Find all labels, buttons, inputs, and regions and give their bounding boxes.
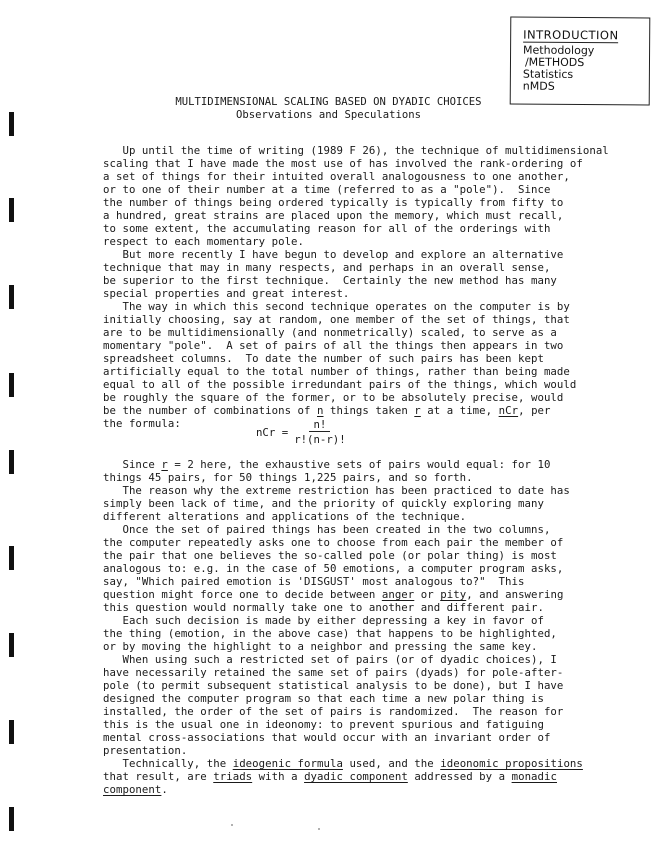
text-line: different alterations and applications o…: [103, 510, 623, 523]
formula-lhs: nCr =: [256, 426, 288, 439]
text-line: installed, the order of the set of pairs…: [103, 705, 623, 718]
text-line: Once the set of paired things has been c…: [103, 523, 623, 536]
text-line: Each such decision is made by either dep…: [103, 614, 623, 627]
text-line: or by moving the highlight to a neighbor…: [103, 640, 623, 653]
text-line: be the number of combinations of n thing…: [103, 404, 623, 417]
text-line: question might force one to decide betwe…: [103, 588, 623, 601]
margin-mark: [9, 807, 14, 831]
text-line: initially choosing, say at random, one m…: [103, 313, 623, 326]
scan-speck: [231, 824, 233, 826]
text-line: the pair that one believes the so-called…: [103, 549, 623, 562]
text-line: analogous to: e.g. in the case of 50 emo…: [103, 562, 623, 575]
text-line: Since r = 2 here, the exhaustive sets of…: [103, 458, 623, 471]
text-line: artificially equal to the total number o…: [103, 365, 623, 378]
margin-mark: [9, 285, 14, 309]
text-line: Up until the time of writing (1989 F 26)…: [103, 144, 623, 157]
text-line: When using such a restricted set of pair…: [103, 653, 623, 666]
text-line: or to one of their number at a time (ref…: [103, 183, 623, 196]
text-line: a hundred, great strains are placed upon…: [103, 209, 623, 222]
text-line: a set of things for their intuited overa…: [103, 170, 623, 183]
text-line: the number of things being ordered typic…: [103, 196, 623, 209]
document-title-block: MULTIDIMENSIONAL SCALING BASED ON DYADIC…: [0, 96, 657, 122]
text-line: that result, are triads with a dyadic co…: [103, 770, 623, 783]
text-line: mental cross-associations that would occ…: [103, 731, 623, 744]
text-line: special properties and great interest.: [103, 287, 623, 300]
text-line: The way in which this second technique o…: [103, 300, 623, 313]
text-line: this is the usual one in ideonomy: to pr…: [103, 718, 623, 731]
text-line: this question would normally take one to…: [103, 601, 623, 614]
text-line: pole (to permit subsequent statistical a…: [103, 679, 623, 692]
text-line: the thing (emotion, in the above case) t…: [103, 627, 623, 640]
text-line: be roughly the square of the former, or …: [103, 391, 623, 404]
text-line: the computer repeatedly asks one to choo…: [103, 536, 623, 549]
margin-mark: [9, 546, 14, 570]
document-title: MULTIDIMENSIONAL SCALING BASED ON DYADIC…: [0, 96, 657, 109]
text-line: presentation.: [103, 744, 623, 757]
margin-mark: [9, 720, 14, 744]
text-line: technique that may in many respects, and…: [103, 261, 623, 274]
text-line: to some extent, the accumulating reason …: [103, 222, 623, 235]
text-line: The reason why the extreme restriction h…: [103, 484, 623, 497]
margin-mark: [9, 450, 14, 474]
margin-mark: [9, 373, 14, 397]
formula-fraction: n! r!(n-r)!: [294, 418, 345, 446]
text-line: equal to all of the possible irredundant…: [103, 378, 623, 391]
text-line: the formula:: [103, 417, 623, 430]
text-line: be superior to the first technique. Cert…: [103, 274, 623, 287]
text-line: respect to each momentary pole.: [103, 235, 623, 248]
text-line: momentary "pole". A set of pairs of all …: [103, 339, 623, 352]
document-subtitle: Observations and Speculations: [0, 109, 657, 122]
text-line: spreadsheet columns. To date the number …: [103, 352, 623, 365]
text-line: component.: [103, 783, 623, 796]
text-line: things 45 pairs, for 50 things 1,225 pai…: [103, 471, 623, 484]
text-line: designed the computer program so that ea…: [103, 692, 623, 705]
text-line: scaling that I have made the most use of…: [103, 157, 623, 170]
body-text-part1: Up until the time of writing (1989 F 26)…: [103, 144, 623, 430]
text-line: say, "Which paired emotion is 'DISGUST' …: [103, 575, 623, 588]
stamp-heading: INTRODUCTION: [523, 28, 619, 44]
margin-mark: [9, 198, 14, 222]
text-line: simply been lack of time, and the priori…: [103, 497, 623, 510]
formula-denominator: r!(n-r)!: [294, 432, 345, 446]
scan-speck: [318, 828, 320, 830]
text-line: are to be multidimensionally (and nonmet…: [103, 326, 623, 339]
text-line: have necessarily retained the same set o…: [103, 666, 623, 679]
stamp-tag: nMDS: [523, 81, 649, 94]
classification-stamp: INTRODUCTION Methodology /METHODS Statis…: [510, 17, 651, 106]
formula-numerator: n!: [309, 418, 330, 432]
text-line: Technically, the ideogenic formula used,…: [103, 757, 623, 770]
margin-mark: [9, 633, 14, 657]
combination-formula: nCr = n! r!(n-r)!: [256, 418, 346, 446]
body-text-part2: Since r = 2 here, the exhaustive sets of…: [103, 458, 623, 796]
text-line: But more recently I have begun to develo…: [103, 248, 623, 261]
